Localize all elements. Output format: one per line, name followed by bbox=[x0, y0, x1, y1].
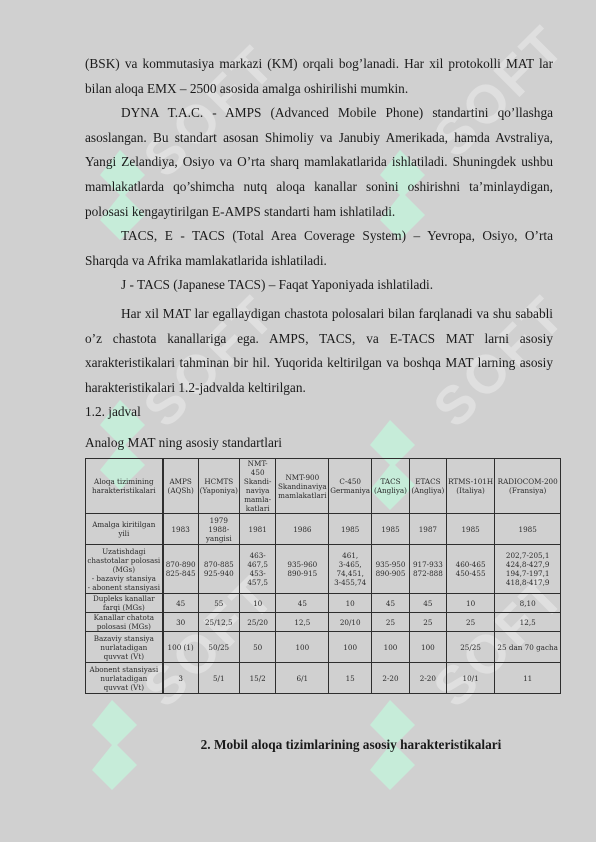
table-row: Kanallar chatota polosasi (MGs)3025/12,5… bbox=[86, 613, 561, 632]
table-cell: 1985 bbox=[372, 514, 410, 545]
table-cell: 45 bbox=[372, 594, 410, 613]
table-cell: 202,7-205,1 424,8-427,9 194,7-197,1 418,… bbox=[495, 545, 561, 594]
table-cell: 935-950 890-905 bbox=[372, 545, 410, 594]
table-cell: 8,10 bbox=[495, 594, 561, 613]
table-cell: 25/12,5 bbox=[198, 613, 239, 632]
table-header-cell: Aloqa tizimining harakteristikalari bbox=[86, 459, 163, 514]
table-cell: 5/1 bbox=[198, 663, 239, 694]
table-cell: 1981 bbox=[239, 514, 275, 545]
table-cell: 6/1 bbox=[276, 663, 329, 694]
row-label-cell: Bazaviy stansiya nurlatadigan quvvat (Vt… bbox=[86, 632, 163, 663]
table-header-row: Aloqa tizimining harakteristikalariAMPS … bbox=[86, 459, 561, 514]
table-header-cell: NMT-900 Skandinaviya mamlakatlari bbox=[276, 459, 329, 514]
table-cell: 870-890 825-845 bbox=[163, 545, 199, 594]
table-cell: 25 bbox=[372, 613, 410, 632]
paragraph: DYNA T.A.C. - AMPS (Advanced Mobile Phon… bbox=[85, 101, 553, 224]
table-cell: 1983 bbox=[163, 514, 199, 545]
table-cell: 45 bbox=[276, 594, 329, 613]
table-cell: 461, 3-465, 74,451, 3-455,74 bbox=[329, 545, 372, 594]
table-cell: 45 bbox=[409, 594, 446, 613]
table-cell: 50/25 bbox=[198, 632, 239, 663]
row-label-cell: Dupleks kanallar farqi (MGs) bbox=[86, 594, 163, 613]
table-cell: 100 bbox=[372, 632, 410, 663]
table-cell: 460-465 450-455 bbox=[446, 545, 495, 594]
table-cell: 935-960 890-915 bbox=[276, 545, 329, 594]
table-title: Analog MAT ning asosiy standartlari bbox=[85, 431, 553, 456]
table-header-cell: TACS (Angliya) bbox=[372, 459, 410, 514]
table-cell: 12,5 bbox=[276, 613, 329, 632]
table-cell: 25 dan 70 gacha bbox=[495, 632, 561, 663]
table-cell: 50 bbox=[239, 632, 275, 663]
table-cell: 45 bbox=[163, 594, 199, 613]
table-row: Abonent stansiyasi nurlatadigan quvvat (… bbox=[86, 663, 561, 694]
table-cell: 25 bbox=[409, 613, 446, 632]
table-cell: 2-20 bbox=[409, 663, 446, 694]
paragraph: Har xil MAT lar egallaydigan chastota po… bbox=[85, 302, 553, 400]
table-cell: 20/10 bbox=[329, 613, 372, 632]
table-cell: 25/25 bbox=[446, 632, 495, 663]
table-cell: 30 bbox=[163, 613, 199, 632]
table-row: Amalga kiritilgan yili19831979 1988- yan… bbox=[86, 514, 561, 545]
table-header-cell: C-450 Germaniya bbox=[329, 459, 372, 514]
table-header-cell: RADIOCOM-200 (Fransiya) bbox=[495, 459, 561, 514]
paragraph: TACS, E - TACS (Total Area Coverage Syst… bbox=[85, 224, 553, 273]
row-label-cell: Abonent stansiyasi nurlatadigan quvvat (… bbox=[86, 663, 163, 694]
paragraph: J - TACS (Japanese TACS) – Faqat Yaponiy… bbox=[85, 273, 553, 298]
table-row: Uzatishdagi chastotalar polosasi (MGs) -… bbox=[86, 545, 561, 594]
table-cell: 1985 bbox=[495, 514, 561, 545]
table-cell: 11 bbox=[495, 663, 561, 694]
standards-table: Aloqa tizimining harakteristikalariAMPS … bbox=[85, 458, 561, 694]
table-cell: 1985 bbox=[329, 514, 372, 545]
table-cell: 10 bbox=[446, 594, 495, 613]
table-cell: 1987 bbox=[409, 514, 446, 545]
table-cell: 3 bbox=[163, 663, 199, 694]
table-cell: 25 bbox=[446, 613, 495, 632]
table-header-cell: HCMTS (Yaponiya) bbox=[198, 459, 239, 514]
row-label-cell: Kanallar chatota polosasi (MGs) bbox=[86, 613, 163, 632]
table-cell: 15 bbox=[329, 663, 372, 694]
table-cell: 10 bbox=[239, 594, 275, 613]
table-cell: 15/2 bbox=[239, 663, 275, 694]
table-cell: 463-467,5 453-457,5 bbox=[239, 545, 275, 594]
table-cell: 100 (1) bbox=[163, 632, 199, 663]
table-cell: 55 bbox=[198, 594, 239, 613]
table-cell: 1979 1988- yangisi bbox=[198, 514, 239, 545]
table-cell: 10/1 bbox=[446, 663, 495, 694]
table-cell: 100 bbox=[329, 632, 372, 663]
section-heading: 2. Mobil aloqa tizimlarining asosiy hara… bbox=[85, 737, 561, 753]
table-cell: 12,5 bbox=[495, 613, 561, 632]
table-cell: 10 bbox=[329, 594, 372, 613]
table-header-cell: NMT-450 Skandi-naviya mamla-katlari bbox=[239, 459, 275, 514]
table-header-cell: AMPS (AQSh) bbox=[163, 459, 199, 514]
table-row: Bazaviy stansiya nurlatadigan quvvat (Vt… bbox=[86, 632, 561, 663]
table-cell: 100 bbox=[276, 632, 329, 663]
table-cell: 25/20 bbox=[239, 613, 275, 632]
row-label-cell: Uzatishdagi chastotalar polosasi (MGs) -… bbox=[86, 545, 163, 594]
table-row: Dupleks kanallar farqi (MGs)455510451045… bbox=[86, 594, 561, 613]
table-cell: 1985 bbox=[446, 514, 495, 545]
table-cell: 1986 bbox=[276, 514, 329, 545]
document-body: (BSK) va kommutasiya markazi (KM) orqali… bbox=[85, 52, 553, 456]
table-cell: 2-20 bbox=[372, 663, 410, 694]
paragraph: (BSK) va kommutasiya markazi (KM) orqali… bbox=[85, 52, 553, 101]
table-cell: 917-933 872-888 bbox=[409, 545, 446, 594]
table-label: 1.2. jadval bbox=[85, 400, 553, 425]
row-label-cell: Amalga kiritilgan yili bbox=[86, 514, 163, 545]
table-cell: 870-885 925-940 bbox=[198, 545, 239, 594]
table-header-cell: RTMS-101H (Italiya) bbox=[446, 459, 495, 514]
table-cell: 100 bbox=[409, 632, 446, 663]
table-header-cell: ETACS (Angliya) bbox=[409, 459, 446, 514]
